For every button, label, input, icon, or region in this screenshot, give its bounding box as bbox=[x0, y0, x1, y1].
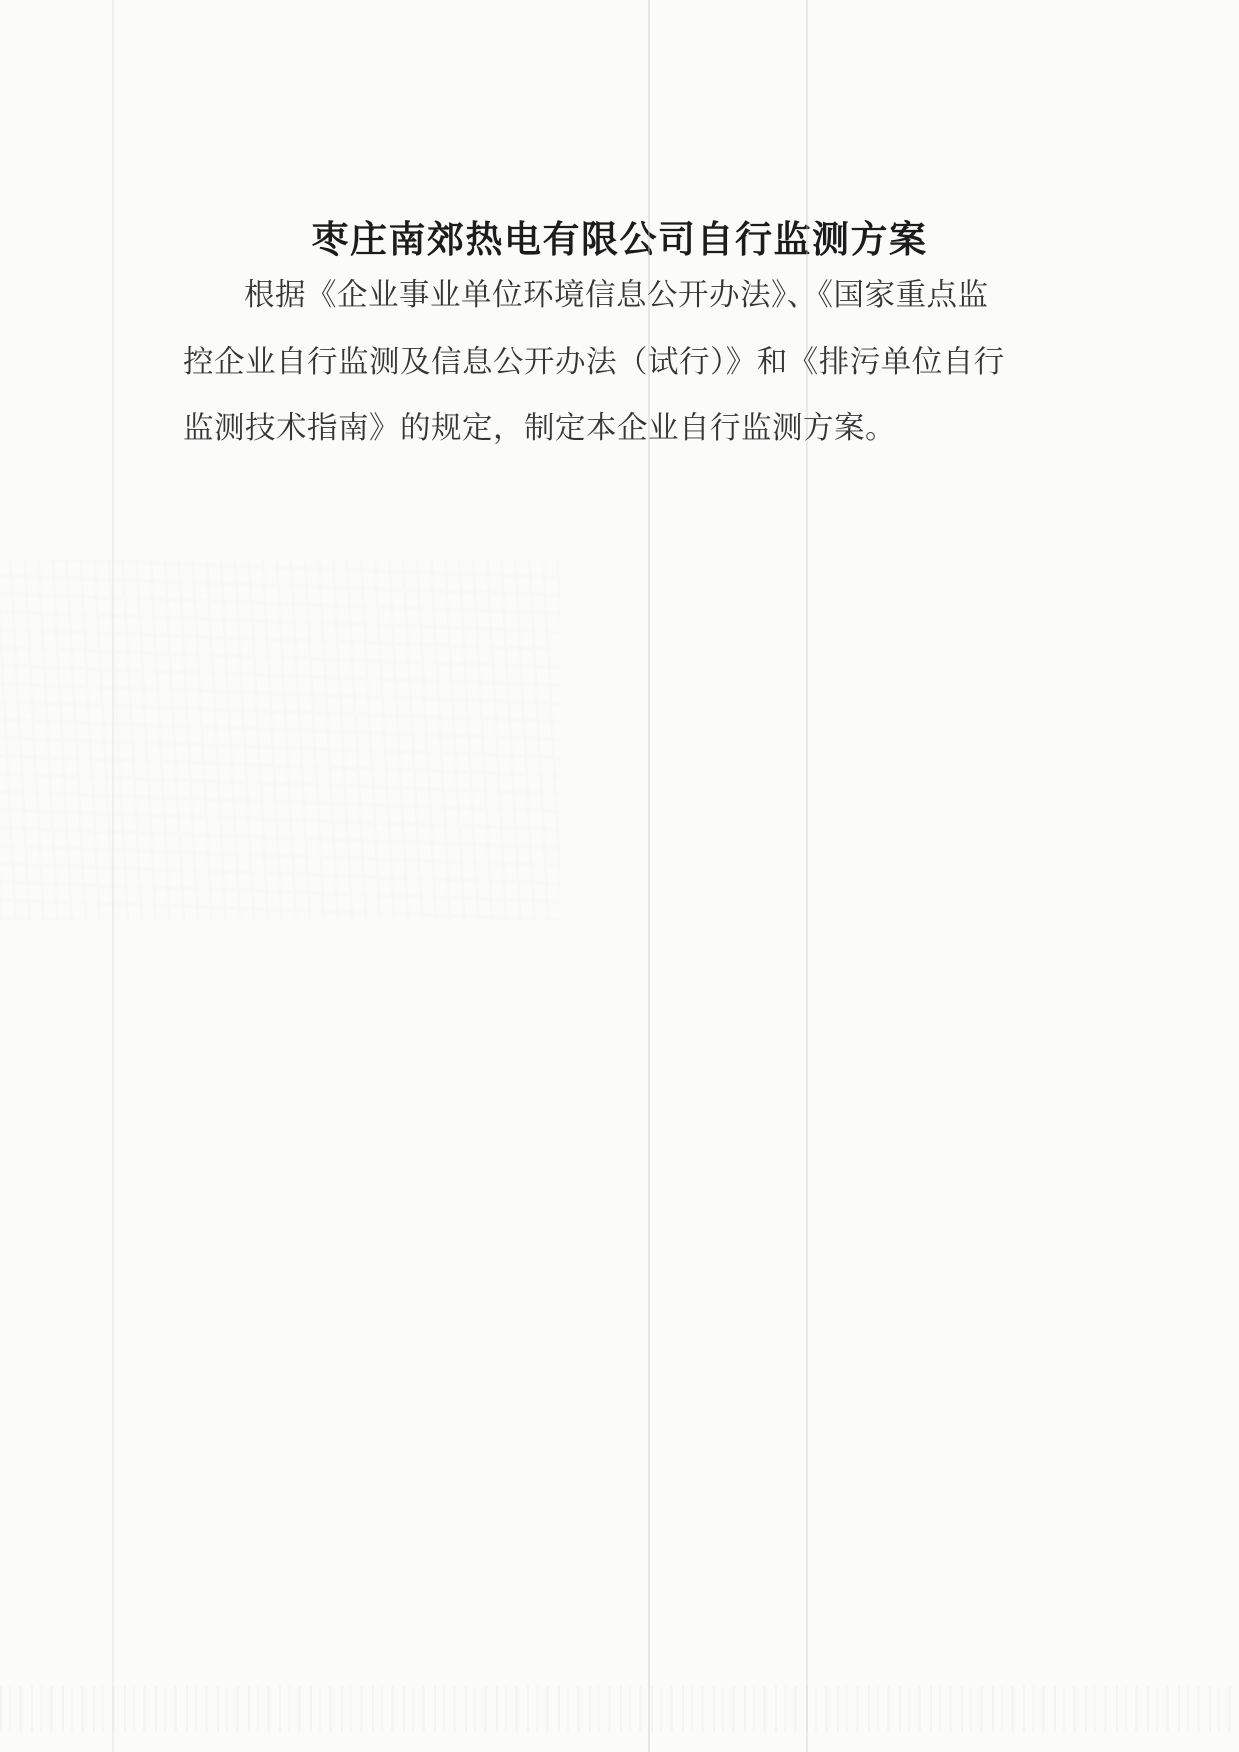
document-title: 枣庄南郊热电有限公司自行监测方案 bbox=[0, 0, 1239, 262]
paragraph-line-2: 控企业自行监测及信息公开办法（试行）》和《排污单位自行 bbox=[183, 329, 1015, 396]
paragraph-line-3: 监测技术指南》的规定，制定本企业自行监测方案。 bbox=[183, 395, 1015, 462]
scan-noise-band bbox=[0, 1686, 1239, 1732]
scan-streak-artifact bbox=[112, 0, 114, 1752]
document-paragraph: 根据《企业事业单位环境信息公开办法》、《国家重点监 控企业自行监测及信息公开办法… bbox=[183, 262, 1015, 462]
paragraph-line-1: 根据《企业事业单位环境信息公开办法》、《国家重点监 bbox=[183, 262, 1015, 329]
scan-noise-patch bbox=[0, 560, 560, 920]
scanned-document-page: 枣庄南郊热电有限公司自行监测方案 根据《企业事业单位环境信息公开办法》、《国家重… bbox=[0, 0, 1239, 1752]
